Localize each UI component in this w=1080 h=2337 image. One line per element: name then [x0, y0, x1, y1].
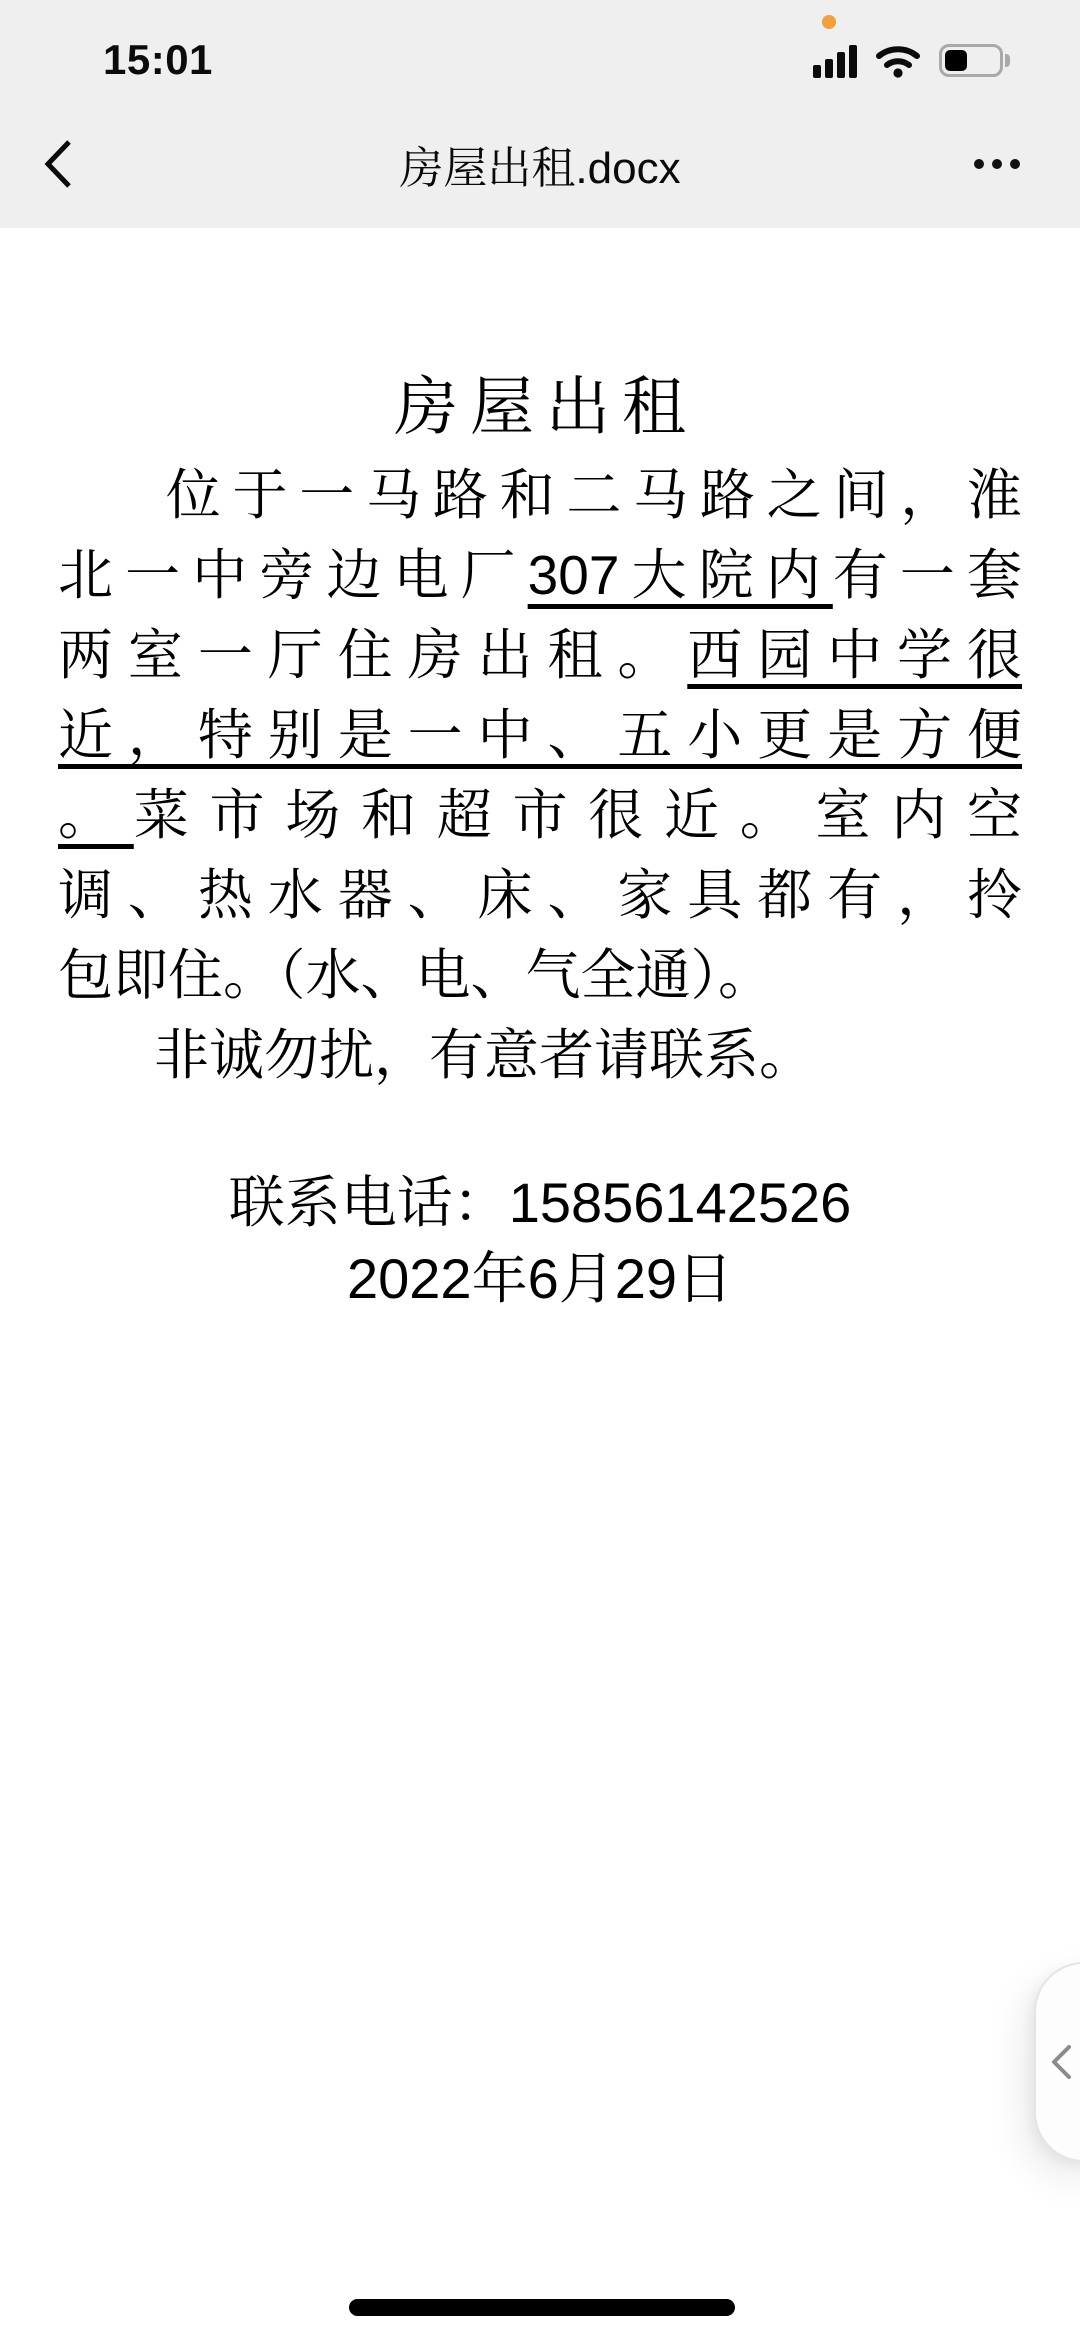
text-line: 两室一厅住房出租。西园中学很: [58, 615, 1022, 695]
side-panel-handle[interactable]: [1034, 1962, 1080, 2162]
contact-line: 联系电话：15856142526: [0, 1165, 1080, 1241]
ellipsis-icon: [974, 159, 984, 169]
nav-title: 房屋出租.docx: [399, 132, 680, 196]
underlined-text: 西园中学很: [687, 624, 1022, 686]
text-segment: 菜市场和超市很近。室内空: [134, 784, 1022, 846]
text-line: 非诚勿扰，有意者请联系。: [58, 1015, 1022, 1095]
document-heading: 房屋出租: [0, 365, 1080, 449]
wifi-icon: [874, 43, 922, 78]
text-line: 位于一马路和二马路之间，淮: [58, 455, 1022, 535]
nav-bar: 房屋出租.docx: [0, 100, 1080, 228]
handle-chevron-left-icon: [1049, 2043, 1073, 2081]
battery-fill: [945, 50, 967, 71]
underlined-text: 。: [58, 784, 134, 846]
text-line: 近，特别是一中、五小更是方便: [58, 695, 1022, 775]
contact-line: 2022年6月29日: [0, 1241, 1080, 1317]
status-bar: 15:01: [0, 0, 1080, 100]
text-segment: 有一套: [833, 544, 1022, 606]
more-options-button[interactable]: [966, 151, 1028, 177]
cellular-signal-icon: [813, 45, 857, 78]
home-indicator[interactable]: [349, 2299, 735, 2316]
contact-block: 联系电话：158561425262022年6月29日: [0, 1165, 1080, 1317]
mic-indicator-dot: [822, 15, 836, 29]
text-segment: 北一中旁边电厂: [58, 544, 528, 606]
text-segment: 调、热水器、床、家具都有，拎: [58, 864, 1022, 926]
back-button[interactable]: [36, 132, 80, 196]
text-segment: 包即住。（水、电、气全通）。: [58, 944, 773, 1006]
status-icons: [813, 42, 1010, 78]
status-time: 15:01: [103, 36, 213, 84]
text-segment: 非诚勿扰，有意者请联系。: [154, 1024, 814, 1086]
text-line: 调、热水器、床、家具都有，拎: [58, 855, 1022, 935]
text-line: 北一中旁边电厂307大院内有一套: [58, 535, 1022, 615]
text-line: 包即住。（水、电、气全通）。: [58, 935, 1022, 1015]
phone-screen: 15:01 房屋出租.docx: [0, 0, 1080, 2337]
document-viewer[interactable]: 房屋出租 位于一马路和二马路之间，淮北一中旁边电厂307大院内有一套两室一厅住房…: [0, 228, 1080, 2337]
text-segment: 两室一厅住房出租。: [58, 624, 687, 686]
underlined-text: 307大院内: [528, 544, 833, 606]
text-line: 。菜市场和超市很近。室内空: [58, 775, 1022, 855]
text-segment: 位于一马路和二马路之间，淮: [154, 464, 1022, 526]
chevron-left-icon: [42, 138, 74, 190]
underlined-text: 近，特别是一中、五小更是方便: [58, 704, 1022, 766]
battery-icon: [939, 44, 1010, 77]
header: 15:01 房屋出租.docx: [0, 0, 1080, 228]
document-body: 位于一马路和二马路之间，淮北一中旁边电厂307大院内有一套两室一厅住房出租。西园…: [0, 455, 1080, 1095]
